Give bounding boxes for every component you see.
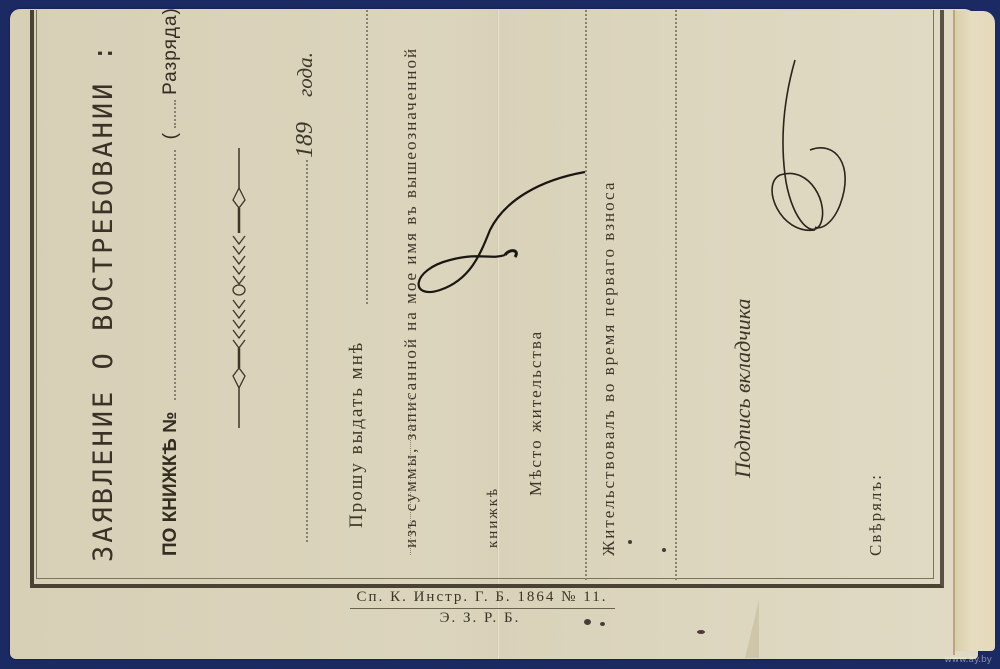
amount-field[interactable] — [366, 10, 368, 304]
signature-label: Подпись вкладчика — [730, 298, 756, 478]
book-word: книжкѣ — [485, 487, 502, 548]
year-prefix: 189 — [292, 122, 318, 158]
footer-line-2: Э. З. Р. Б. — [400, 610, 560, 627]
watermark: www.ay.by — [944, 655, 992, 665]
date-field[interactable] — [306, 160, 308, 542]
request-label: Прошу выдать мнѣ — [346, 341, 368, 528]
decorative-ornament — [224, 148, 254, 428]
handwritten-stroke-1 — [410, 160, 610, 300]
form-title: ЗАЯВЛЕНИЕ О ВОСТРЕБОВАНИИ : — [88, 42, 119, 562]
ink-stain — [662, 548, 666, 552]
book-number-label: ПО КНИЖКѢ № — [160, 412, 181, 556]
ink-stain — [628, 540, 632, 544]
checked-label: Свѣрялъ: — [866, 473, 886, 556]
prior-residence-field[interactable] — [675, 10, 677, 580]
book-number-row: ПО КНИЖКѢ № ( Разряда) — [160, 7, 182, 556]
paper-right-strip — [955, 11, 995, 651]
paper-tear — [745, 600, 759, 658]
sum-divider — [410, 395, 411, 555]
ink-stain — [584, 619, 591, 625]
footer-rule — [350, 608, 615, 609]
ink-stain — [697, 630, 705, 634]
category-label: Разряда) — [160, 7, 181, 95]
ink-stain — [600, 622, 605, 626]
year-row: 189 года. — [292, 52, 319, 158]
year-suffix: года. — [293, 52, 317, 97]
book-number-field[interactable] — [174, 150, 176, 400]
handwritten-signature — [760, 55, 860, 255]
category-field[interactable] — [174, 100, 176, 128]
footer-line-1: Сп. К. Инстр. Г. Б. 1864 № 11. — [352, 589, 612, 606]
category-open-paren: ( — [160, 133, 181, 139]
residence-label: Мѣсто жительства — [526, 330, 546, 496]
